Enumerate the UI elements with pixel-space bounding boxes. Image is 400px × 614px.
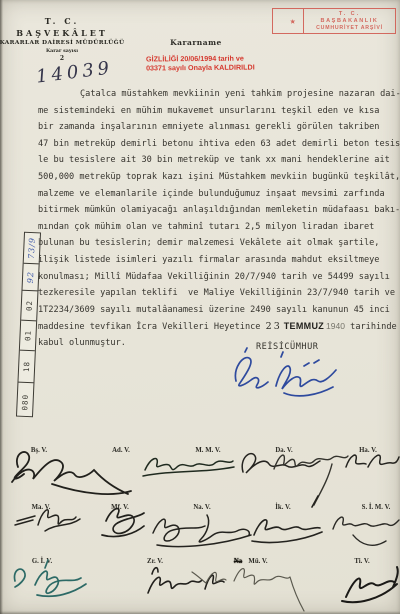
- sig-title-giv: G. İ. V.: [32, 558, 52, 565]
- struck-title-na: Na: [234, 558, 242, 565]
- sig-title-mav: Ma. V.: [32, 504, 51, 511]
- date-line-prefix: maddesine tevfikan İcra Vekilleri Heyeti…: [38, 322, 266, 332]
- body-closing-line: kabul olunmuştur.: [38, 335, 390, 352]
- crescent-star-icon: [273, 9, 304, 33]
- declassification-line2: 03371 sayılı Onayla KALDIRILDI: [146, 63, 255, 73]
- archive-stamp-text: T. C. BAŞBAKANLIK CUMHURİYET ARŞİVİ: [304, 9, 395, 33]
- signature-zrv: [148, 568, 224, 593]
- body-line: konulması; Millî Müdafaa Vekilliğinin 20…: [38, 269, 390, 286]
- sig-title-tiv: Ti. V.: [354, 558, 369, 565]
- signature-nav: [153, 515, 251, 547]
- sig-title-simv: S. İ. M. V.: [362, 504, 391, 511]
- stamped-date-day: 23: [266, 321, 282, 332]
- sig-title-mmv: M. M. V.: [195, 447, 220, 454]
- archive-stamp: T. C. BAŞBAKANLIK CUMHURİYET ARŞİVİ: [272, 8, 396, 34]
- signature-mav: [15, 510, 80, 531]
- body-date-line: maddesine tevfikan İcra Vekilleri Heyeti…: [38, 318, 390, 335]
- document-page: T. C. BAŞVEKÂLET KARARLAR DAİRESİ MÜDÜRL…: [0, 0, 400, 614]
- stamped-date-year: 1940: [326, 321, 345, 331]
- reference-cell: 01: [20, 321, 36, 352]
- signature-tiv: [342, 567, 398, 602]
- date-line-suffix: tarihinde: [345, 322, 397, 332]
- body-line: le bu tesislere ait 30 bin metreküp ve t…: [38, 152, 390, 169]
- sig-title-zrv: Zr. V.: [147, 558, 163, 565]
- sig-title-mfv: Mf. V.: [111, 504, 129, 511]
- signature-bsv: [12, 452, 131, 494]
- letterhead-department: KARARLAR DAİRESİ MÜDÜRLÜĞÜ: [0, 40, 147, 46]
- body-line: tezkeresile yapılan teklifi ve Maliye Ve…: [38, 285, 390, 302]
- body-line: mından çok mühim olan ve tahminî tutarı …: [38, 219, 390, 236]
- body-line: ilişik listede isimleri yazılı firmalar …: [38, 252, 390, 269]
- scan-edge-left: [0, 0, 3, 614]
- body-line: bitirmek mümkün olamiyacağı anlaşıldığın…: [38, 202, 390, 219]
- reference-value: 92: [26, 271, 36, 284]
- sig-title-nav: Na. V.: [193, 504, 210, 511]
- body-line: 1T2234/3609 sayılı mutalâanamesi üzerine…: [38, 302, 390, 319]
- signature-dav: [274, 455, 348, 505]
- stamped-date-month: TEMMUZ: [284, 321, 324, 331]
- body-line: Çatalca müstahkem mevkiinin yeni tahkim …: [38, 86, 390, 103]
- signature-simv: [333, 517, 399, 545]
- document-type-heading: Kararname: [170, 38, 222, 47]
- sig-title-bsv: Bş. V.: [31, 447, 47, 454]
- sig-title-muv: Mü. V.: [248, 558, 267, 565]
- decision-number-label: Karar sayısı: [0, 48, 147, 54]
- reference-value: 02: [25, 300, 34, 311]
- sig-title-hav: Ha. V.: [359, 447, 377, 454]
- archive-stamp-line1: T. C.: [339, 11, 360, 18]
- signature-reisicumhur: [235, 348, 336, 396]
- reference-value: 73/9: [27, 237, 37, 259]
- president-title: REİSİCÜMHUR: [256, 342, 318, 352]
- body-line: bulunan bu tesislerin; demir malzemesi V…: [38, 235, 390, 252]
- signature-ikv: [252, 496, 322, 543]
- sig-title-dav: Da. V.: [275, 447, 292, 454]
- reference-value: 01: [23, 330, 32, 341]
- decree-body: Çatalca müstahkem mevkiinin yeni tahkim …: [38, 86, 390, 352]
- reference-cell: 73/9: [24, 233, 40, 265]
- letterhead-agency: BAŞVEKÂLET: [0, 28, 147, 38]
- body-line: me sistemindeki en mühim mukavemet unsur…: [38, 103, 390, 120]
- archive-stamp-line3: CUMHURİYET ARŞİVİ: [316, 25, 383, 32]
- signature-mfv: [102, 509, 144, 537]
- body-line: 47 bin metreküp demirli betonu ihtiva ed…: [38, 136, 390, 153]
- sig-title-ikv: İk. V.: [275, 504, 290, 511]
- reference-cell: 18: [18, 351, 34, 384]
- letterhead-tc: T. C.: [0, 16, 147, 26]
- reference-cell: 080: [17, 383, 34, 422]
- reference-cell: 02: [21, 291, 37, 322]
- letterhead: T. C. BAŞVEKÂLET KARARLAR DAİRESİ MÜDÜRL…: [0, 16, 147, 62]
- sig-title-adv: Ad. V.: [112, 447, 130, 454]
- signature-hav: [346, 455, 399, 467]
- body-line: 500,000 metreküp toprak kazı işini Müsta…: [38, 169, 390, 186]
- body-line: malzeme ve elemanlarile içinde bulunduğu…: [38, 186, 390, 203]
- declassification-stamp: GİZLİLİĞİ 20/06/1994 tarih ve 03371 sayı…: [146, 54, 255, 73]
- reference-value: 18: [22, 361, 31, 372]
- signature-giv: [14, 560, 86, 596]
- signature-mmv: [242, 454, 320, 473]
- signature-adv: [143, 458, 234, 476]
- body-line: bir zamanda inşalarının emniyete alınmas…: [38, 119, 390, 136]
- archive-stamp-line2: BAŞBAKANLIK: [321, 18, 379, 25]
- signature-muv: [192, 569, 304, 611]
- reference-cell: 92: [22, 264, 38, 292]
- reference-value: 080: [20, 393, 30, 410]
